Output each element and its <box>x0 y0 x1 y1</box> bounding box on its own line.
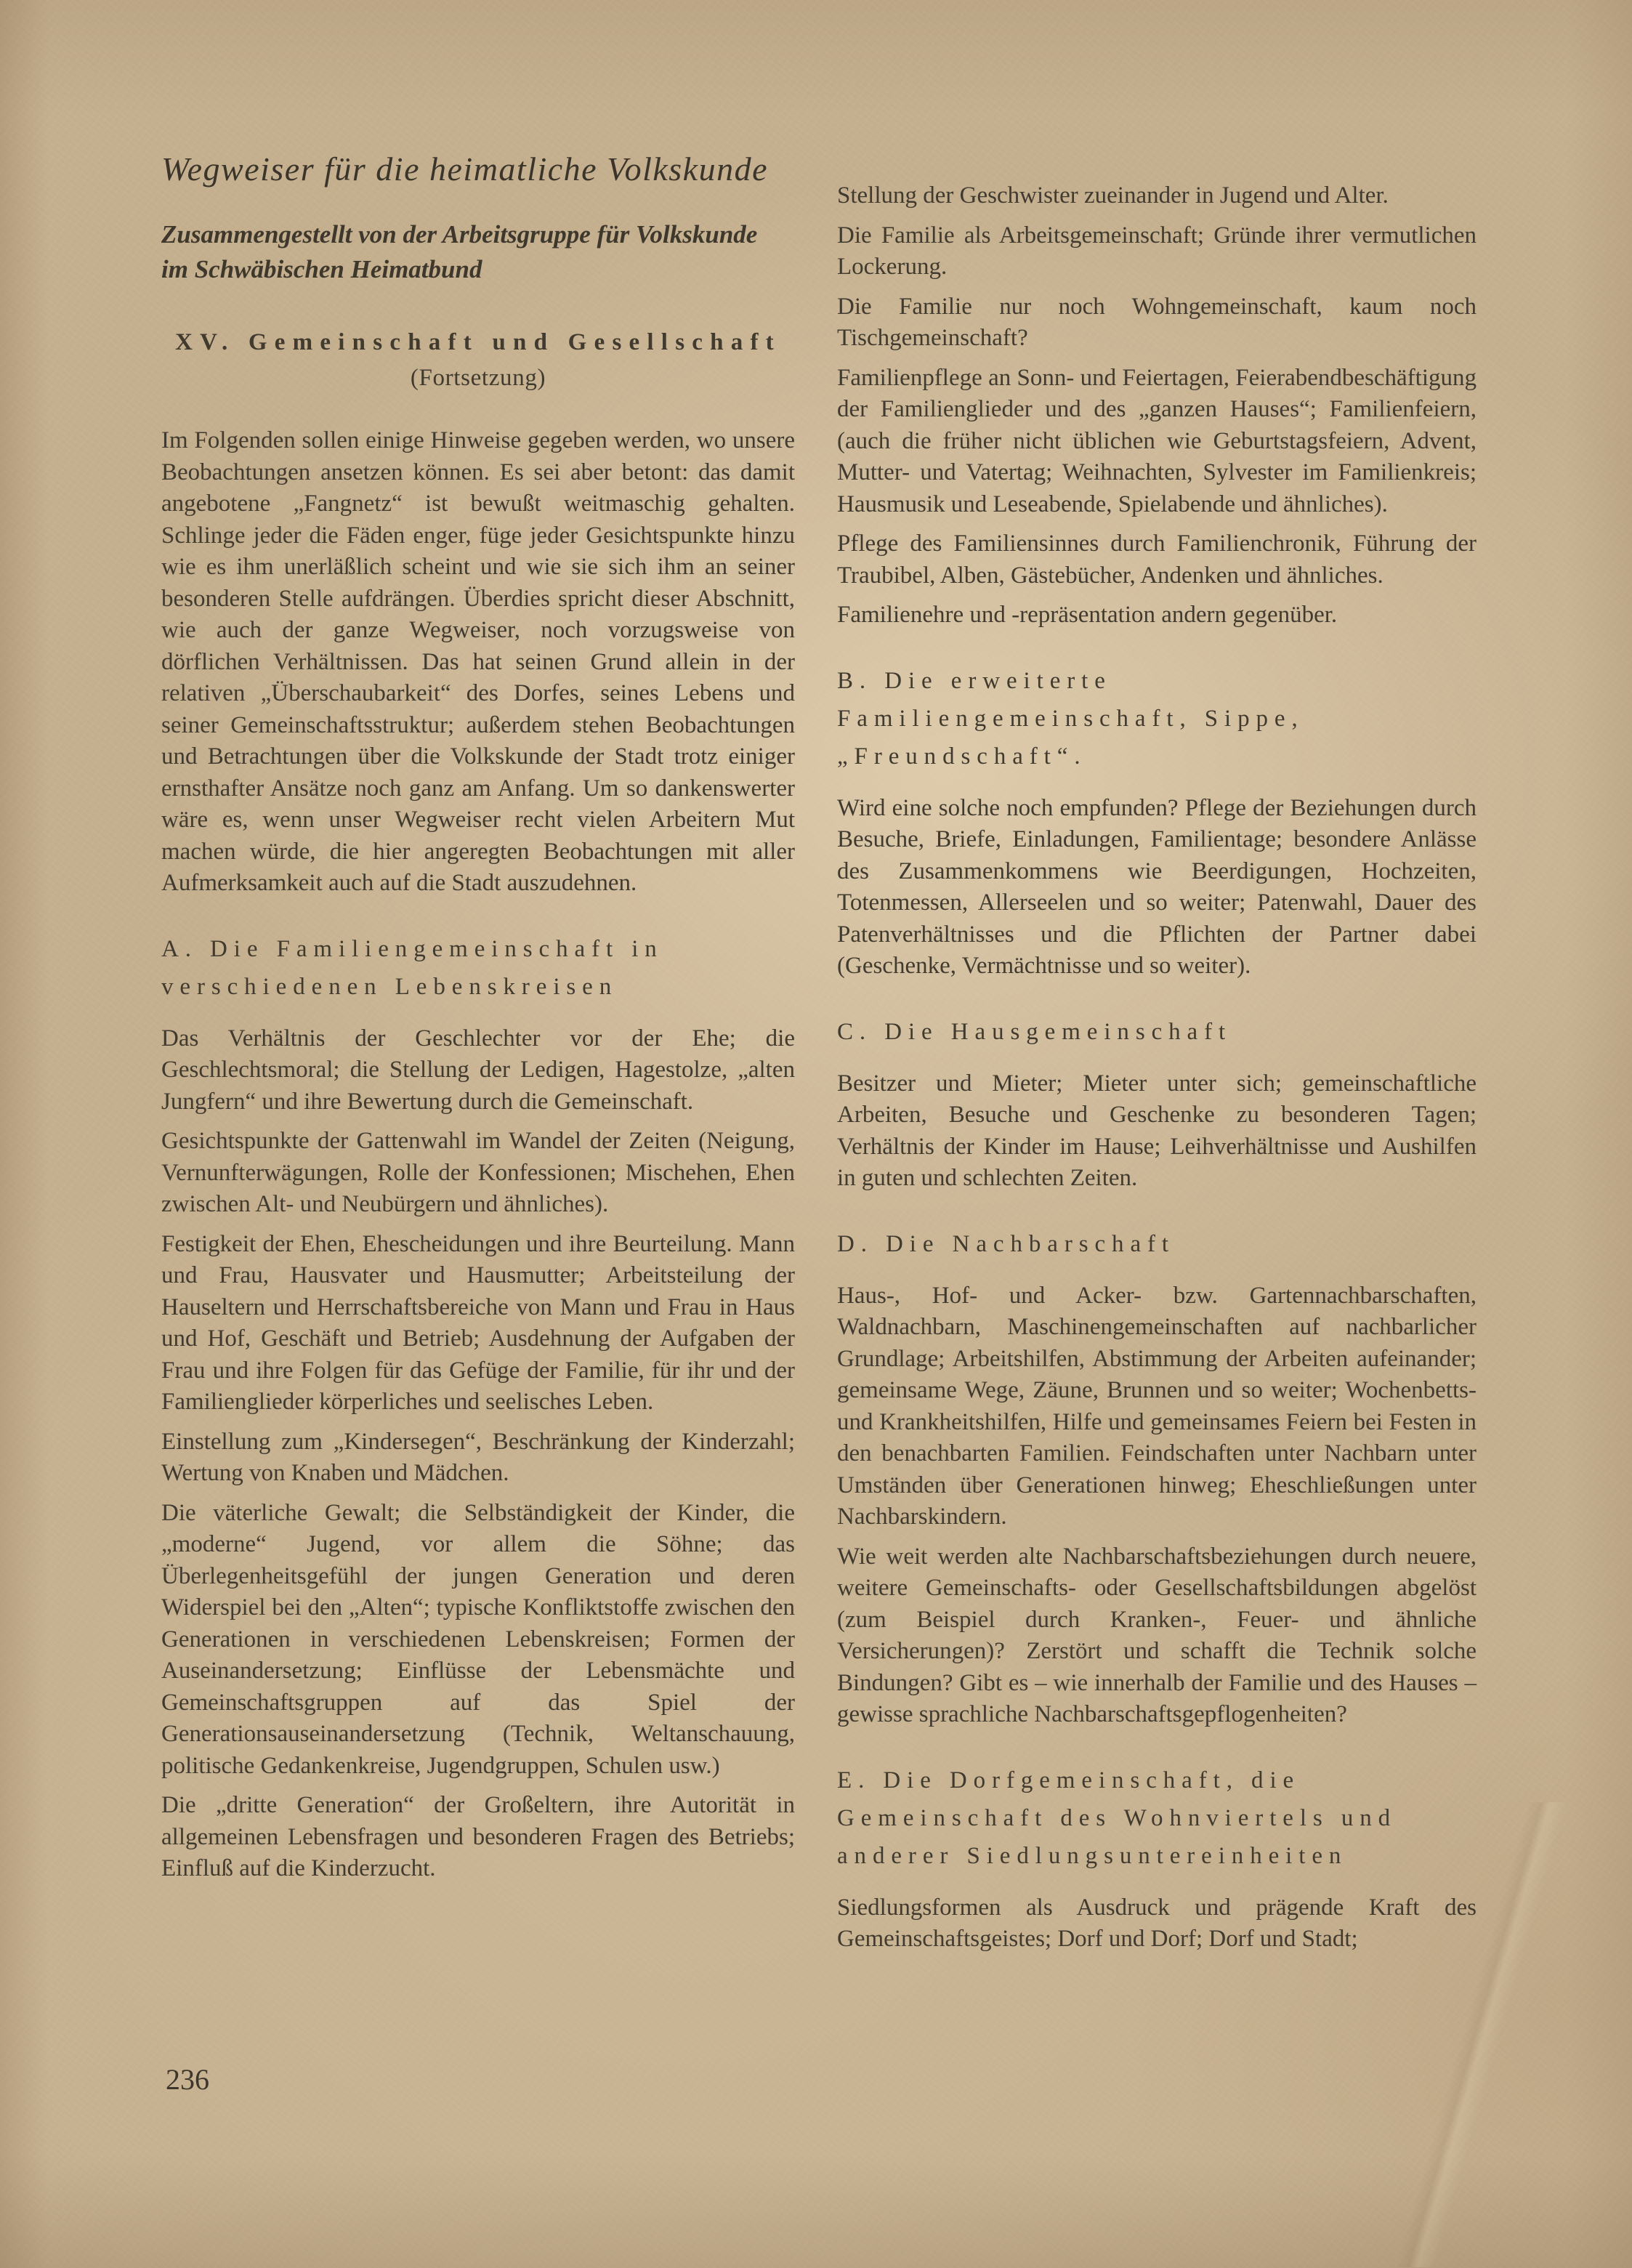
page-content: Wegweiser für die heimatliche Volkskunde… <box>161 150 1477 1964</box>
subtitle-line-1: Zusammengestellt von der Arbeitsgruppe f… <box>161 217 795 252</box>
section-heading-c: C. Die Hausgemeinschaft <box>837 1013 1477 1051</box>
paragraph: Haus-, Hof- und Acker- bzw. Gartennachba… <box>837 1280 1477 1533</box>
page-title: Wegweiser für die heimatliche Volkskunde <box>161 150 795 188</box>
subtitle-line-2: im Schwäbischen Heimatbund <box>161 252 795 287</box>
paragraph: Das Verhältnis der Geschlechter vor der … <box>161 1023 795 1118</box>
paragraph: Familienpflege an Sonn- und Feiertagen, … <box>837 363 1477 521</box>
left-column: Wegweiser für die heimatliche Volkskunde… <box>161 150 795 1964</box>
page-number: 236 <box>166 2062 209 2097</box>
paragraph: Wie weit werden alte Nachbarschaftsbezie… <box>837 1541 1477 1731</box>
paragraph: Die Familie als Arbeitsgemeinschaft; Grü… <box>837 220 1477 283</box>
section-heading-d: D. Die Nachbarschaft <box>837 1225 1477 1263</box>
paragraph-intro: Im Folgenden sollen einige Hinweise gege… <box>161 425 795 900</box>
scanned-book-page: { "page": { "number": "236", "title": "W… <box>0 0 1632 2268</box>
section-heading-b: B. Die erweiterte Familiengemeinschaft, … <box>837 662 1477 775</box>
chapter-heading: XV. Gemeinschaft und Gesellschaft <box>161 329 795 356</box>
paragraph: Die väterliche Gewalt; die Selbständigke… <box>161 1498 795 1783</box>
paragraph: Festigkeit der Ehen, Ehescheidungen und … <box>161 1229 795 1418</box>
paragraph: Einstellung zum „Kindersegen“, Beschränk… <box>161 1426 795 1490</box>
paragraph: Besitzer und Mieter; Mieter unter sich; … <box>837 1068 1477 1195</box>
paragraph: Stellung der Geschwister zueinander in J… <box>837 180 1477 212</box>
chapter-subheading: (Fortsetzung) <box>161 365 795 392</box>
paragraph: Familienehre und -repräsentation andern … <box>837 600 1477 631</box>
paragraph: Siedlungsformen als Ausdruck und prägend… <box>837 1892 1477 1956</box>
section-heading-e: E. Die Dorfgemeinschaft, die Gemeinschaf… <box>837 1761 1477 1875</box>
right-column: Stellung der Geschwister zueinander in J… <box>837 150 1477 1964</box>
paragraph: Pflege des Familiensinnes durch Familien… <box>837 528 1477 592</box>
paragraph: Die „dritte Generation“ der Großeltern, … <box>161 1790 795 1885</box>
paragraph: Wird eine solche noch empfunden? Pflege … <box>837 793 1477 982</box>
subtitle: Zusammengestellt von der Arbeitsgruppe f… <box>161 217 795 287</box>
section-heading-a: A. Die Familiengemeinschaft in verschied… <box>161 930 795 1006</box>
paragraph: Gesichtspunkte der Gattenwahl im Wandel … <box>161 1126 795 1221</box>
paragraph: Die Familie nur noch Wohngemeinschaft, k… <box>837 291 1477 355</box>
